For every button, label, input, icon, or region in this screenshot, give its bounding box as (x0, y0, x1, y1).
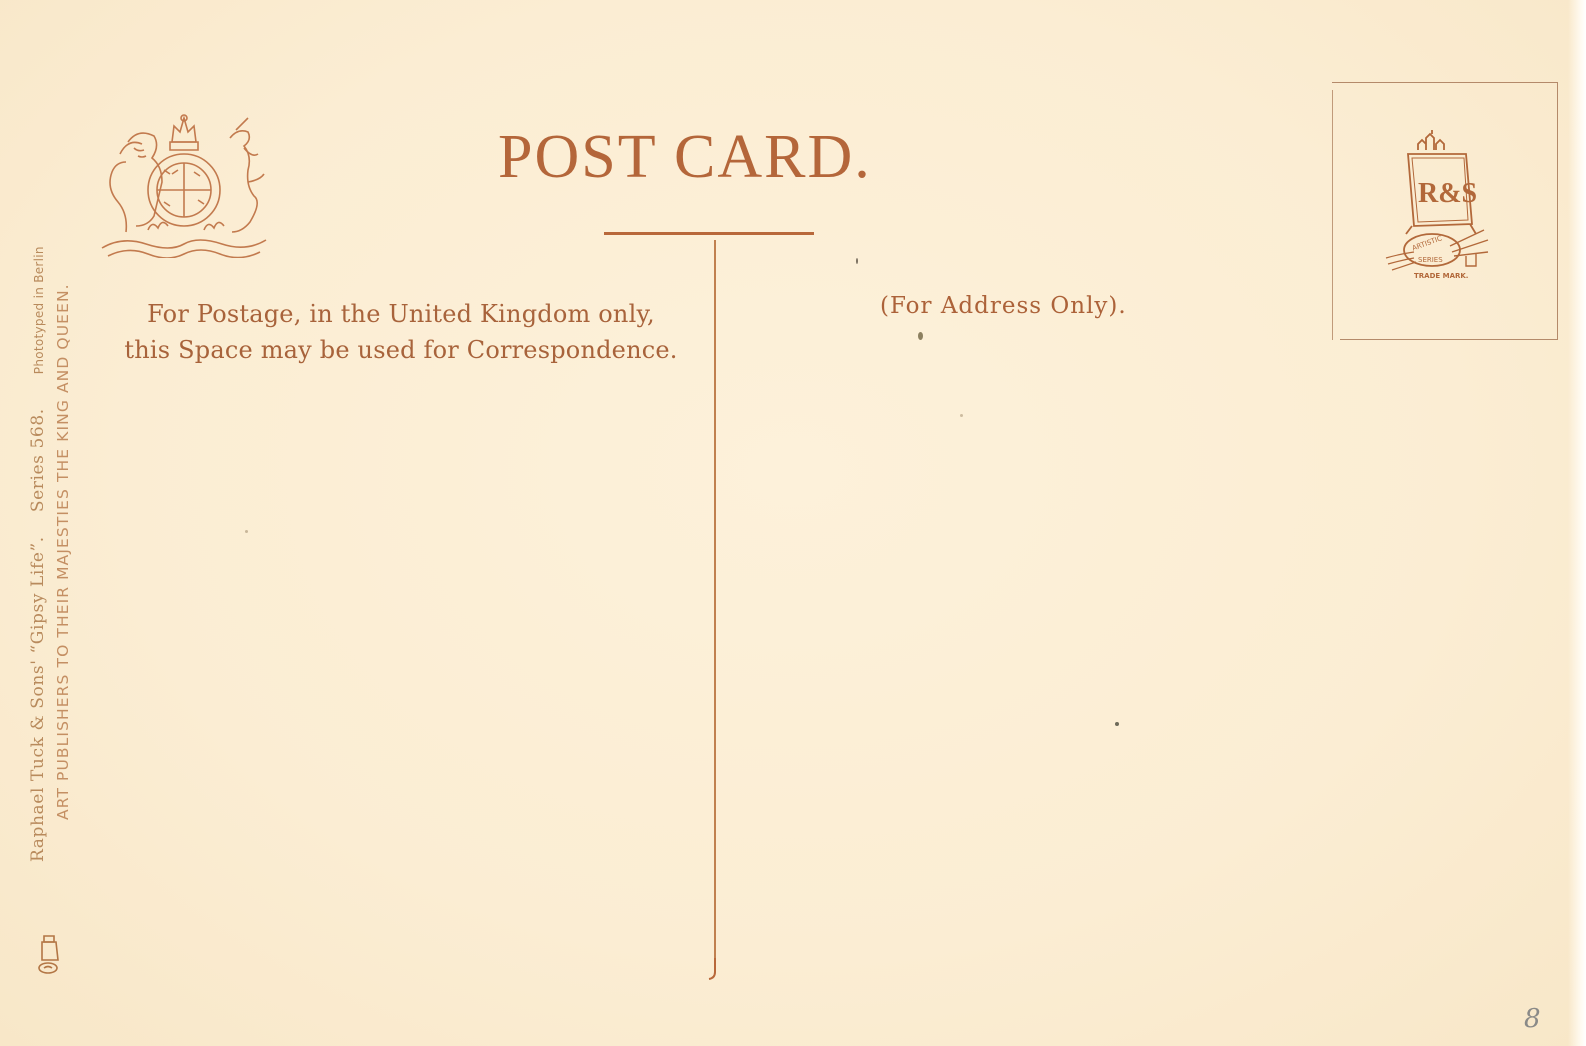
small-easel-mark-icon (36, 932, 62, 976)
divider-end-flourish (706, 958, 720, 980)
postcard-title: POST CARD. (498, 122, 872, 193)
publisher-name: Raphael Tuck & Sons' (28, 660, 48, 862)
printed-in: Phototyped in Berlin (32, 246, 46, 374)
royal-coat-of-arms-icon (98, 112, 270, 258)
paper-speck (856, 258, 858, 264)
paper-speck (918, 332, 923, 340)
easel-palette-trademark-icon: R&S ARTISTIC SERIES TRADE MARK. (1380, 130, 1500, 286)
card-edge (1568, 0, 1586, 1046)
paper-speck (960, 414, 963, 417)
royal-warrant-text: ART PUBLISHERS TO THEIR MAJESTIES THE KI… (54, 283, 72, 820)
svg-text:R&S: R&S (1418, 178, 1477, 209)
series-name: “Gipsy Life”. (28, 536, 48, 653)
series-number: Series 568. (28, 408, 48, 512)
vertical-divider (714, 240, 716, 968)
paper-speck (1115, 722, 1119, 726)
correspondence-note-line1: For Postage, in the United Kingdom only, (96, 296, 706, 332)
paper-speck (245, 530, 248, 533)
pencil-mark: 8 (1524, 1004, 1541, 1034)
publisher-imprint: Raphael Tuck & Sons' “Gipsy Life”. Serie… (28, 246, 48, 862)
correspondence-area-note: For Postage, in the United Kingdom only,… (96, 296, 706, 368)
address-area-label: (For Address Only). (880, 293, 1127, 319)
svg-text:TRADE MARK.: TRADE MARK. (1414, 272, 1468, 280)
correspondence-note-line2: this Space may be used for Correspondenc… (96, 332, 706, 368)
title-underline-divider (604, 232, 814, 235)
svg-text:SERIES: SERIES (1418, 256, 1443, 264)
